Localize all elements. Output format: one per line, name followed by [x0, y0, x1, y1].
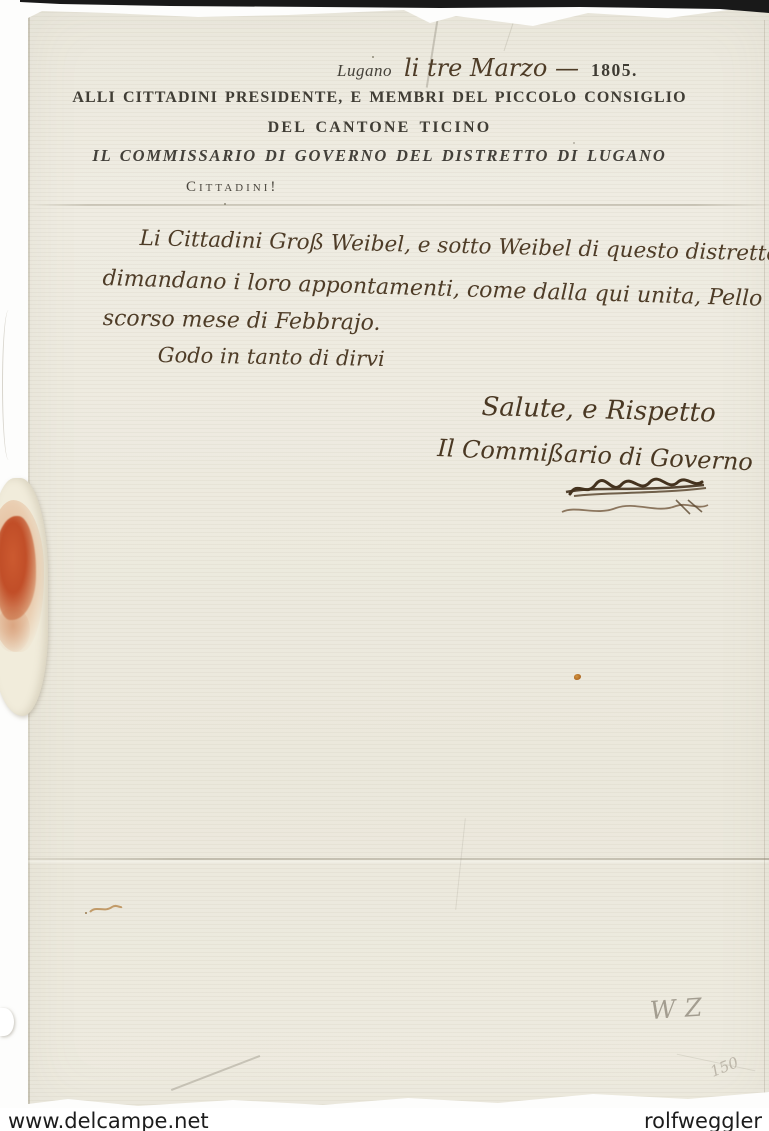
underlying-page-edge — [2, 310, 15, 460]
crease-bottom-left — [171, 1055, 260, 1090]
closing-signature-title: Il Commißario di Governo — [437, 434, 754, 476]
crease-mid-bottom — [455, 818, 466, 910]
crossed-out-signature — [556, 472, 716, 522]
salutation: Cittadini! — [186, 179, 278, 196]
scanned-letter-background: Lugano li tre Marzo — 1805. ALLI CITTADI… — [0, 0, 769, 1131]
wax-seal-smear — [0, 608, 30, 652]
dateline: Lugano li tre Marzo — 1805. — [337, 54, 638, 82]
ink-spot — [574, 674, 581, 680]
paper-speck — [573, 142, 575, 144]
watermark-bar: www.delcampe.net rolfweggler — [0, 1108, 769, 1131]
letter-paper: Lugano li tre Marzo — 1805. ALLI CITTADI… — [28, 0, 769, 1114]
paper-speck — [224, 203, 226, 205]
header-line-1: ALLI CITTADINI PRESIDENTE, E MEMBRI DEL … — [28, 89, 769, 107]
watermark-seller: rolfweggler — [644, 1109, 762, 1131]
paper-speck — [146, 98, 148, 100]
dateline-place: Lugano — [337, 61, 392, 81]
pencil-number: 150 — [708, 1053, 741, 1080]
closing-salute: Salute, e Rispetto — [481, 392, 716, 429]
body-line-1: Li Cittadini Groß Weibel, e sotto Weibel… — [139, 226, 769, 267]
body-line-2: dimandano i loro appontamenti, come dall… — [102, 266, 763, 312]
pencil-initials: WZ — [649, 992, 712, 1025]
dateline-year: 1805. — [591, 60, 638, 81]
dateline-handwritten-date: li tre Marzo — — [404, 54, 579, 82]
horizontal-fold-line-bottom — [28, 858, 769, 860]
underlying-page-corner — [0, 1008, 14, 1036]
horizontal-fold-line-top — [28, 204, 769, 206]
body-line-4: Godo in tanto di dirvi — [158, 343, 385, 371]
header-line-2: DEL CANTONE TICINO — [28, 119, 769, 137]
body-line-3: scorso mese di Febbrajo. — [103, 306, 381, 336]
stain-squiggle — [84, 902, 124, 916]
crease-top-right — [504, 11, 518, 51]
header-line-3: IL COMMISSARIO DI GOVERNO DEL DISTRETTO … — [28, 146, 769, 166]
watermark-delcampe: www.delcampe.net — [8, 1109, 209, 1131]
paper-speck — [372, 56, 374, 58]
